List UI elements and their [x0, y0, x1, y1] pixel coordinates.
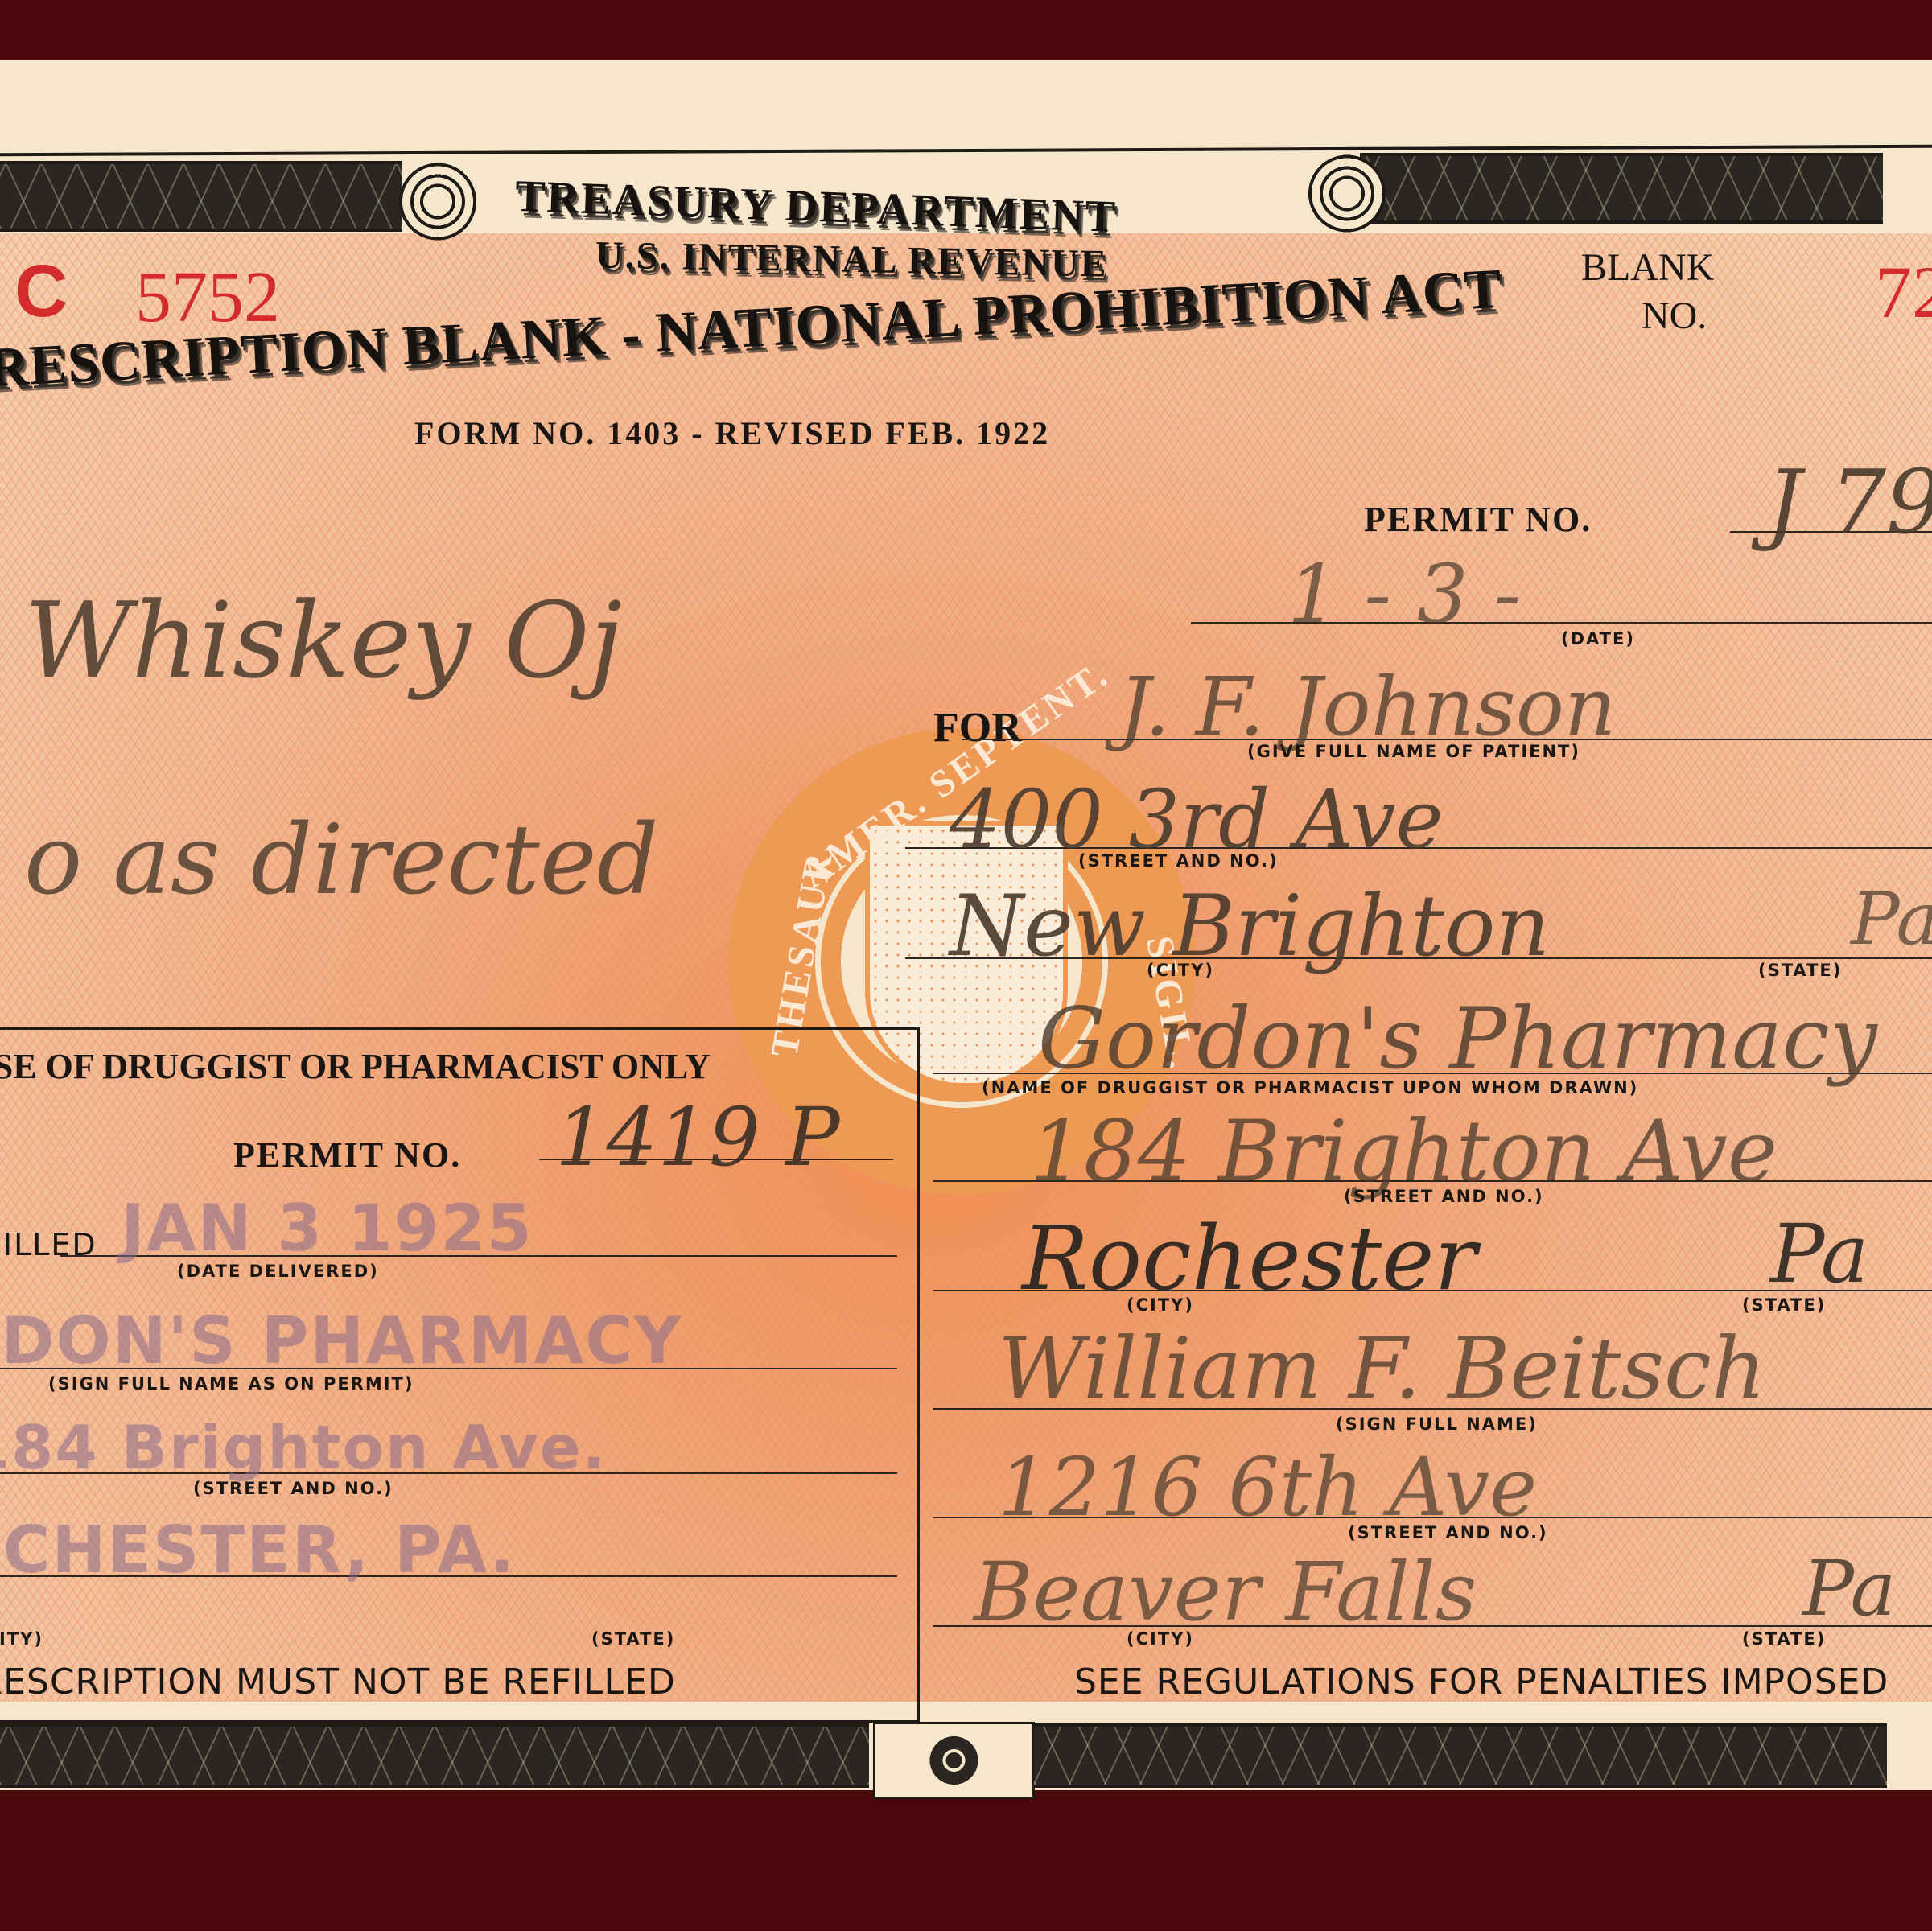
- date-value[interactable]: 1 - 3 -: [1287, 547, 1521, 641]
- scroll-ornament-left: [346, 153, 499, 241]
- pharmacy-city-stamp[interactable]: ROCHESTER, PA.: [0, 1513, 516, 1587]
- pharmacist-state-caption: (STATE): [591, 1629, 675, 1649]
- patient-caption: (GIVE FULL NAME OF PATIENT): [1247, 742, 1580, 761]
- signer-city[interactable]: Beaver Falls: [974, 1545, 1477, 1639]
- patient-city[interactable]: New Brighton: [950, 877, 1550, 975]
- pharmacy-street-stamp[interactable]: 184 Brighton Ave.: [0, 1412, 607, 1483]
- refill-warning: PRESCRIPTION MUST NOT BE REFILLED: [0, 1661, 676, 1702]
- signer-state-caption: (STATE): [1742, 1629, 1826, 1649]
- druggist-state[interactable]: Pa: [1770, 1207, 1868, 1301]
- signer-street[interactable]: 1216 6th Ave: [998, 1440, 1537, 1534]
- pharmacist-heading: USE OF DRUGGIST OR PHARMACIST ONLY: [0, 1046, 711, 1087]
- pharmacist-permit-value[interactable]: 1419 P: [555, 1090, 840, 1184]
- druggist-name[interactable]: Gordon's Pharmacy: [1038, 990, 1877, 1088]
- date-caption: (DATE): [1561, 629, 1635, 648]
- pharmacist-city-caption: (CITY): [0, 1629, 43, 1649]
- top-right-ornament-band: [1360, 153, 1883, 224]
- patient-state-caption: (STATE): [1758, 961, 1842, 980]
- penalties-footer: SEE REGULATIONS FOR PENALTIES IMPOSED: [1074, 1661, 1889, 1702]
- serial-prefix: C: [14, 249, 68, 334]
- pharmacist-sign-caption: (SIGN FULL NAME AS ON PERMIT): [48, 1374, 414, 1394]
- pharmacist-permit-label: PERMIT NO.: [233, 1134, 461, 1175]
- druggist-street-caption: (STREET AND NO.): [1344, 1187, 1544, 1206]
- pharmacy-name-stamp[interactable]: GORDON'S PHARMACY: [0, 1303, 682, 1378]
- date-delivered-stamp[interactable]: JAN 3 1925: [121, 1191, 533, 1266]
- rx-line-1[interactable]: Whiskey Oj: [24, 579, 622, 702]
- patient-name[interactable]: J. F. Johnson: [1118, 660, 1616, 754]
- header-internal-revenue: U.S. INTERNAL REVENUE: [595, 233, 1109, 286]
- bottom-rosette-ornament: [873, 1722, 1035, 1799]
- druggist-state-caption: (STATE): [1742, 1295, 1826, 1315]
- for-label: FOR: [933, 704, 1022, 751]
- druggist-city-caption: (CITY): [1127, 1295, 1194, 1315]
- blank-no-label: NO.: [1642, 294, 1707, 338]
- bottom-left-ornament-band: [0, 1723, 869, 1788]
- patient-state[interactable]: Pa: [1851, 877, 1932, 961]
- blank-number: 72: [1875, 249, 1932, 335]
- filled-label: FILLED: [0, 1227, 97, 1262]
- bottom-right-ornament-band: [1034, 1723, 1887, 1788]
- date-delivered-caption: (DATE DELIVERED): [177, 1262, 379, 1281]
- signer-city-caption: (CITY): [1127, 1629, 1194, 1649]
- prescriber-signature[interactable]: William F. Beitsch: [998, 1320, 1766, 1418]
- rx-line-2[interactable]: o as directed: [24, 805, 659, 916]
- serial-number: 5752: [135, 256, 280, 339]
- blank-label: BLANK: [1581, 245, 1714, 290]
- signer-street-caption: (STREET AND NO.): [1348, 1523, 1548, 1542]
- patient-city-caption: (CITY): [1147, 961, 1214, 980]
- signature-caption: (SIGN FULL NAME): [1336, 1414, 1538, 1434]
- scroll-ornament-right: [1255, 145, 1408, 233]
- permit-label: PERMIT NO.: [1364, 499, 1592, 540]
- druggist-caption: (NAME OF DRUGGIST OR PHARMACIST UPON WHO…: [982, 1078, 1638, 1097]
- patient-street-caption: (STREET AND NO.): [1078, 851, 1279, 871]
- druggist-street[interactable]: 184 Brighton Ave: [1030, 1102, 1778, 1200]
- form-number: FORM NO. 1403 - REVISED FEB. 1922: [414, 414, 1050, 452]
- druggist-city[interactable]: Rochester: [1022, 1207, 1477, 1310]
- signer-state[interactable]: Pa: [1802, 1545, 1896, 1633]
- top-left-ornament-band: [0, 161, 402, 232]
- permit-value[interactable]: J 79: [1766, 451, 1932, 554]
- pharmacist-street-caption: (STREET AND NO.): [193, 1479, 393, 1498]
